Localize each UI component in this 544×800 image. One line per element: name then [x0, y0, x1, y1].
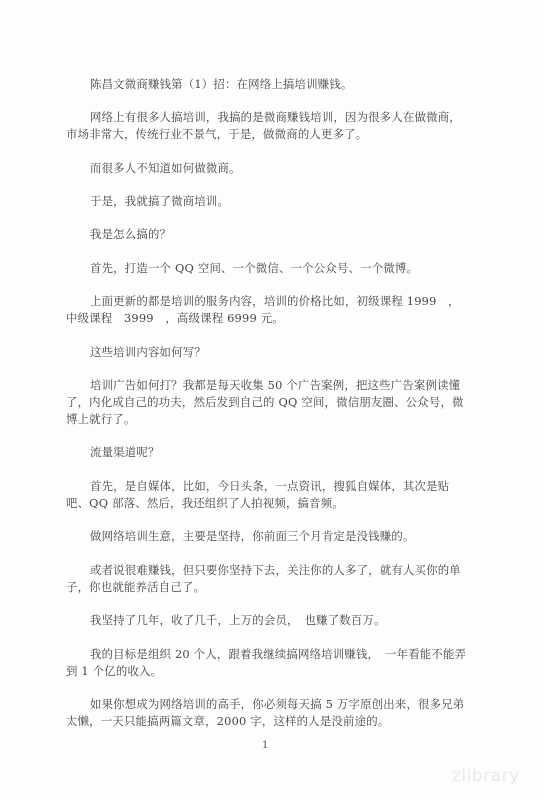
paragraph: 首先，是自媒体，比如，今日头条，一点资讯，搜狐自媒体，其次是贴吧、QQ 部落、然…	[66, 478, 470, 512]
paragraph: 流量渠道呢？	[66, 444, 470, 461]
paragraph: 上面更新的都是培训的服务内容，培训的价格比如，初级课程 1999 ，中级课程 3…	[66, 293, 470, 327]
paragraph: 或者说很难赚钱，但只要你坚持下去，关注你的人多了，就有人买你的单子，你也就能养活…	[66, 562, 470, 596]
document-page: 陈昌文微商赚钱第（1）招：在网络上搞培训赚钱。 网络上有很多人搞培训，我搞的是微…	[0, 0, 544, 800]
paragraph: 我是怎么搞的？	[66, 226, 470, 243]
paragraph: 首先，打造一个 QQ 空间、一个微信、一个公众号、一个微博。	[66, 260, 470, 277]
paragraph: 做网络培训生意，主要是坚持，你前面三个月肯定是没钱赚的。	[66, 528, 470, 545]
paragraph: 如果你想成为网络培训的高手，你必须每天搞 5 万字原创出来，很多兄弟太懒，一天只…	[66, 696, 470, 730]
paragraph: 网络上有很多人搞培训，我搞的是微商赚钱培训，因为很多人在做微商，市场非常大，传统…	[66, 109, 470, 143]
paragraph: 我的目标是组织 20 个人，跟着我继续搞网络培训赚钱， 一年看能不能弄到 1 个…	[66, 646, 470, 680]
paragraph: 我坚持了几年，收了几千，上万的会员， 也赚了数百万。	[66, 612, 470, 629]
paragraph: 而很多人不知道如何做微商。	[66, 160, 470, 177]
document-title: 陈昌文微商赚钱第（1）招：在网络上搞培训赚钱。	[66, 76, 470, 93]
paragraph: 这些培训内容如何写？	[66, 344, 470, 361]
page-number: 1	[262, 740, 268, 751]
watermark: zlibrary	[452, 766, 520, 786]
paragraph: 于是，我就搞了微商培训。	[66, 193, 470, 210]
paragraph: 培训广告如何打？我都是每天收集 50 个广告案例，把这些广告案例读懂了，内化成自…	[66, 377, 470, 428]
